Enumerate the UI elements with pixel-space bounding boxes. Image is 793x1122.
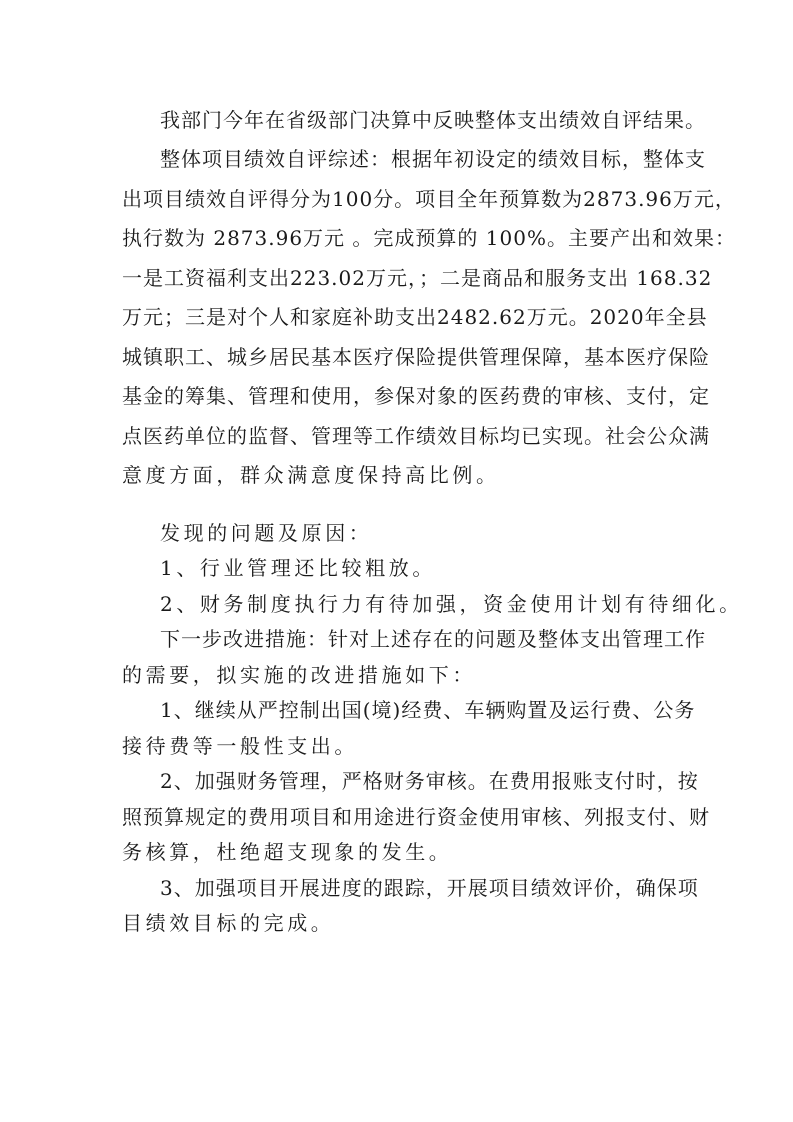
summary-line: 一是工资福利支出223.02万元，；二是商品和服务支出 168.32	[122, 265, 672, 291]
summary-line: 万元；三是对个人和家庭补助支出2482.62万元。2020年全县	[122, 304, 672, 330]
measure-item: 目绩效目标的完成。	[122, 910, 672, 936]
problems-heading: 发现的问题及原因：	[160, 520, 672, 546]
document-page: 我部门今年在省级部门决算中反映整体支出绩效自评结果。 整体项目绩效自评综述：根据…	[0, 0, 793, 1122]
measure-item: 3、加强项目开展进度的跟踪，开展项目绩效评价，确保项	[160, 875, 672, 901]
summary-line: 出项目绩效自评得分为100分。项目全年预算数为2873.96万元，	[122, 186, 672, 212]
problem-item: 1、行业管理还比较粗放。	[160, 555, 672, 581]
summary-line: 城镇职工、城乡居民基本医疗保险提供管理保障，基本医疗保险	[122, 344, 672, 370]
summary-line: 基金的筹集、管理和使用，参保对象的医药费的审核、支付，定	[122, 383, 672, 409]
summary-line: 点医药单位的监督、管理等工作绩效目标均已实现。社会公众满	[122, 423, 672, 449]
measure-item: 2、加强财务管理，严格财务审核。在费用报账支付时，按	[160, 768, 672, 794]
measures-heading: 的需要，拟实施的改进措施如下：	[122, 662, 672, 688]
summary-line: 整体项目绩效自评综述：根据年初设定的绩效目标，整体支	[160, 146, 672, 172]
intro-line: 我部门今年在省级部门决算中反映整体支出绩效自评结果。	[160, 107, 672, 133]
measures-heading: 下一步改进措施：针对上述存在的问题及整体支出管理工作	[160, 626, 672, 652]
summary-line: 意度方面，群众满意度保持高比例。	[122, 462, 672, 488]
measure-item: 1、继续从严控制出国(境)经费、车辆购置及运行费、公务	[160, 697, 672, 723]
measure-item: 接待费等一般性支出。	[122, 733, 672, 759]
problem-item: 2、财务制度执行力有待加强，资金使用计划有待细化。	[160, 591, 672, 617]
summary-line: 执行数为 2873.96万元 。完成预算的 100%。主要产出和效果：	[122, 225, 672, 251]
measure-item: 务核算，杜绝超支现象的发生。	[122, 839, 672, 865]
measure-item: 照预算规定的费用项目和用途进行资金使用审核、列报支付、财	[122, 804, 672, 830]
